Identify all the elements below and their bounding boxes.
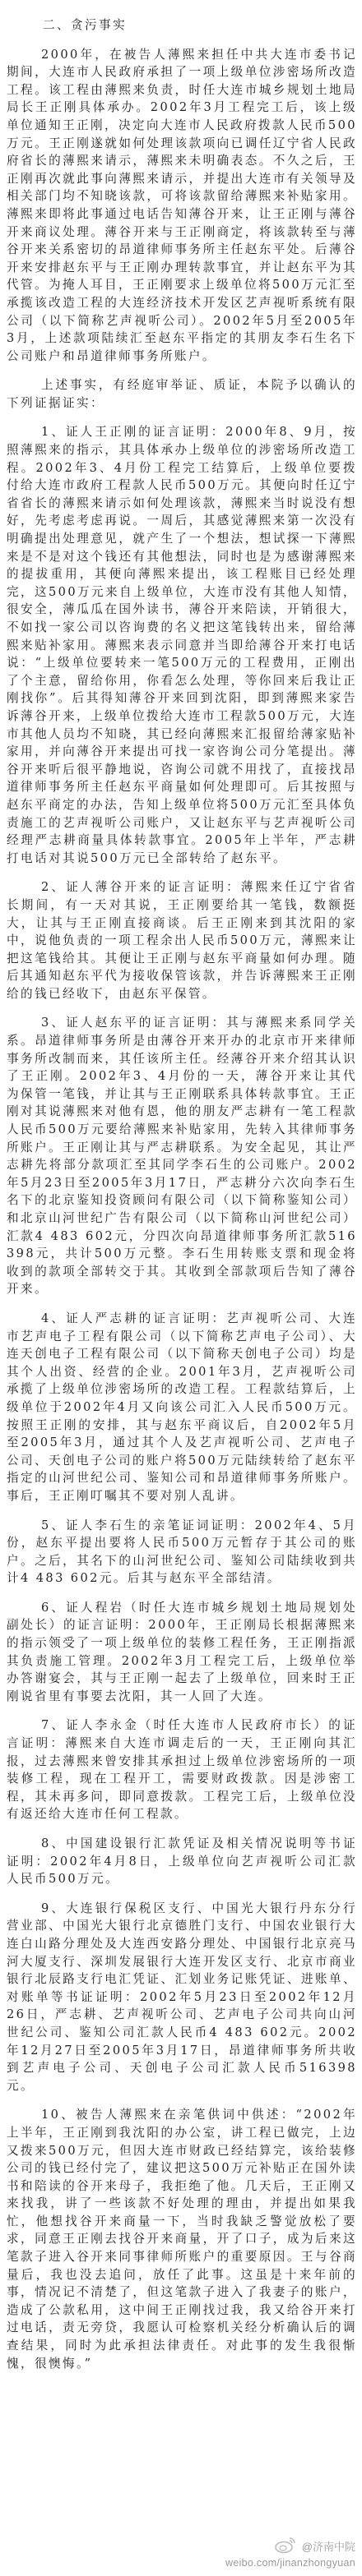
weibo-url: weibo.com/jinanzhongyuan xyxy=(225,2557,355,2569)
section-heading: 二、贪污事实 xyxy=(7,16,357,35)
weibo-watermark: @济南中院 weibo.com/jinanzhongyuan xyxy=(225,2536,355,2569)
weibo-logo-icon xyxy=(274,2536,297,2556)
evidence-intro: 上述事实，有经庭审举证、质证，本院予以确认的下列证据证实： xyxy=(7,376,357,412)
court-document: 二、贪污事实 2000年，在被告人薄熙来担任中共大连市委书记期间，大连市人民政府… xyxy=(7,0,357,2372)
evidence-item-7: 7、证人李永金（时任大连市人民政府市长）的证言证明：薄熙来自大连市调走后的一天，… xyxy=(7,1717,357,1823)
weibo-handle: @济南中院 xyxy=(302,2538,355,2554)
evidence-item-4: 4、证人严志耕的证言证明：艺声视听公司、大连市艺声电子工程有限公司（以下简称艺声… xyxy=(7,1310,357,1505)
evidence-item-2: 2、证人薄谷开来的证言证明：薄熙来任辽宁省省长期间，有一天对其说，王正刚要给其一… xyxy=(7,878,357,1002)
evidence-item-1: 1、证人王正刚的证言证明：2000年8、9月，按照薄熙来的指示，其具体承办上级单… xyxy=(7,423,357,867)
evidence-item-3: 3、证人赵东平的证言证明：其与薄熙来系同学关系。昂道律师事务所是由薄谷开来开办的… xyxy=(7,1014,357,1298)
evidence-item-6: 6、证人程岩（时任大连市城乡规划土地局规划处副处长）的证言证明：2000年，王正… xyxy=(7,1599,357,1706)
evidence-item-9: 9、大连银行保税区支行、中国光大银行丹东分行营业部、中国光大银行北京德胜门支行、… xyxy=(7,1900,357,2095)
evidence-item-5: 5、证人李石生的亲笔证词证明：2002年4、5月份，赵东平提出要将人民币500万… xyxy=(7,1517,357,1588)
evidence-item-10: 10、被告人薄熙来在亲笔供词中供述：“2002年上半年，王正刚到我沈阳的办公室，… xyxy=(7,2106,357,2372)
evidence-item-8: 8、中国建设银行汇款凭证及相关情况说明等书证证明：2002年4月8日，上级单位向… xyxy=(7,1835,357,1888)
facts-paragraph: 2000年，在被告人薄熙来担任中共大连市委书记期间，大连市人民政府承担了一项上级… xyxy=(7,46,357,366)
